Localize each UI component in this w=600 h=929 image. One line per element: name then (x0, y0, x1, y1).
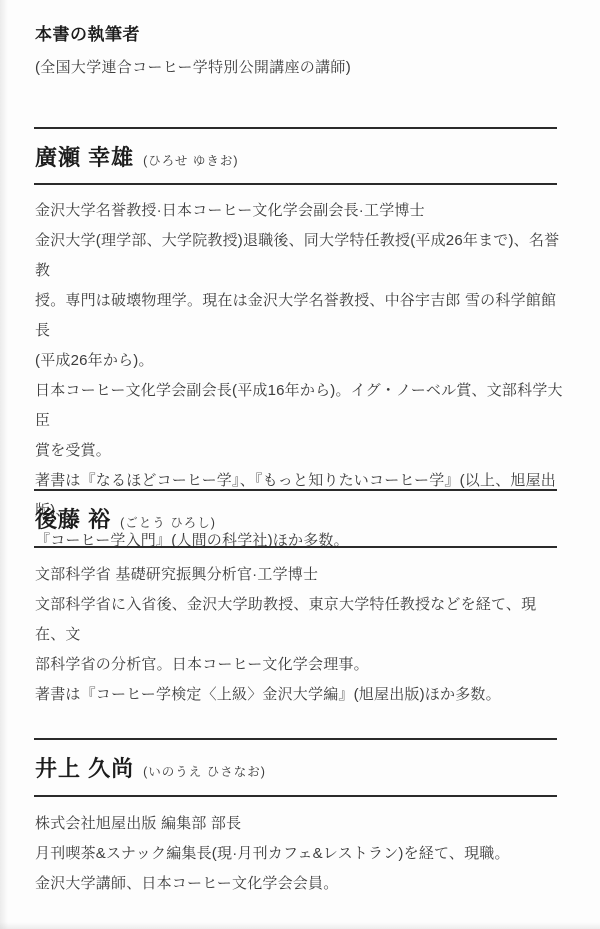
author-bio: 文部科学省 基礎研究振興分析官·工学博士 文部科学省に入省後、金沢大学助教授、東… (35, 560, 565, 710)
scan-edge-left (0, 0, 8, 929)
author-name: 後藤 裕 (35, 507, 111, 532)
page-subtitle: (全国大学連合コーヒー学特別公開講座の講師) (35, 56, 351, 77)
divider-author1-top (34, 127, 557, 129)
page-header: 本書の執筆者 (全国大学連合コーヒー学特別公開講座の講師) (35, 20, 351, 77)
page-title: 本書の執筆者 (35, 20, 351, 45)
author-furigana: (いのうえ ひさなお) (143, 765, 266, 779)
author-name: 廣瀬 幸雄 (35, 145, 134, 170)
author-bio: 株式会社旭屋出版 編集部 部長 月刊喫茶&スナック編集長(現·月刊カフェ&レスト… (35, 809, 565, 899)
author2-name-row: 後藤 裕(ごとう ひろし) (35, 503, 216, 534)
author-bio: 金沢大学名誉教授·日本コーヒー文化学会副会長·工学博士 金沢大学(理学部、大学院… (35, 196, 565, 556)
author1-name-row: 廣瀬 幸雄(ひろせ ゆきお) (35, 141, 239, 172)
author-furigana: (ごとう ひろし) (120, 516, 216, 530)
book-authors-page: 本書の執筆者 (全国大学連合コーヒー学特別公開講座の講師) 廣瀬 幸雄(ひろせ … (0, 0, 600, 929)
author-furigana: (ひろせ ゆきお) (143, 154, 238, 168)
divider-author1-bottom (34, 183, 557, 185)
divider-author2-top (34, 489, 557, 491)
divider-author2-bottom (34, 546, 557, 548)
author-name: 井上 久尚 (35, 756, 134, 781)
divider-author3-top (34, 738, 557, 740)
author3-name-row: 井上 久尚(いのうえ ひさなお) (35, 752, 266, 783)
scan-edge-bottom (0, 922, 600, 929)
divider-author3-bottom (34, 795, 557, 797)
